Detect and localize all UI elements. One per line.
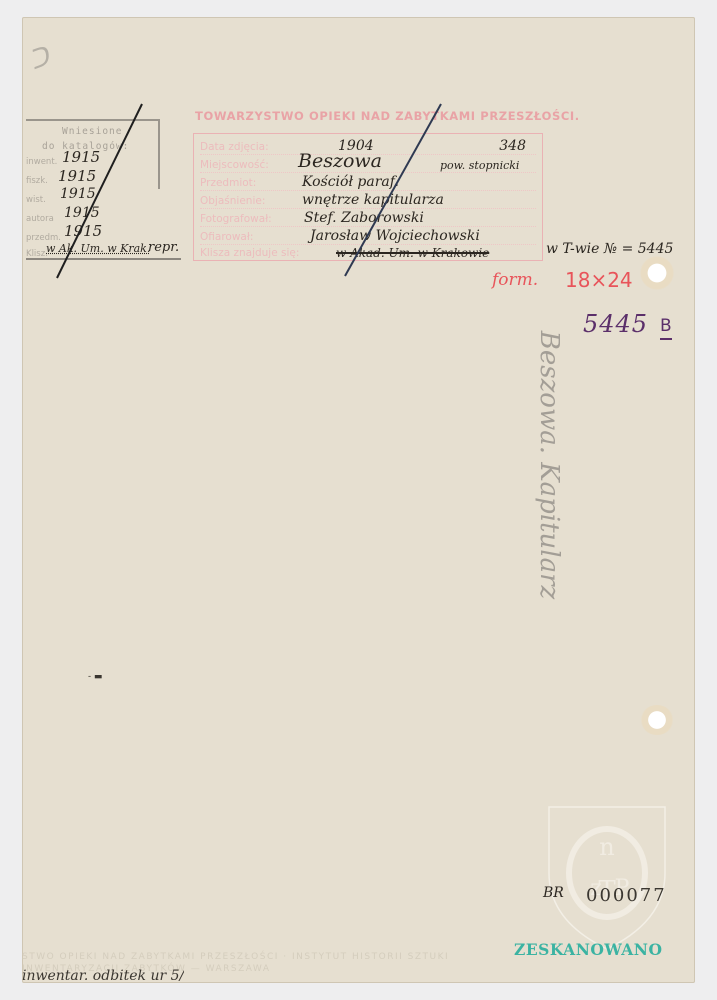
inventory-prefix: BR: [543, 885, 564, 901]
catalog-number: 5445: [583, 310, 648, 338]
format-value: 18×24: [565, 268, 633, 292]
format-label: form.: [492, 270, 538, 290]
vertical-pencil-note: Beszowa. Kapitularz: [534, 320, 564, 610]
punch-hole-bottom: [640, 705, 674, 735]
catalog-suffix: B: [660, 316, 672, 340]
watermark-emblem-icon: n z T P: [546, 803, 668, 953]
bottom-handwriting: inwentar. odbitek ur 5/: [22, 968, 184, 982]
small-mark: - ▬: [88, 672, 102, 682]
punch-hole-top: [640, 256, 674, 290]
svg-text:n: n: [599, 833, 614, 861]
inventory-number: 000077: [586, 885, 667, 906]
scanned-stamp: ZESKANOWANO: [514, 940, 662, 959]
faint-institute-stamp-line1: STWO OPIEKI NAD ZABYTKAMI PRZESZŁOŚCI · …: [22, 952, 449, 962]
